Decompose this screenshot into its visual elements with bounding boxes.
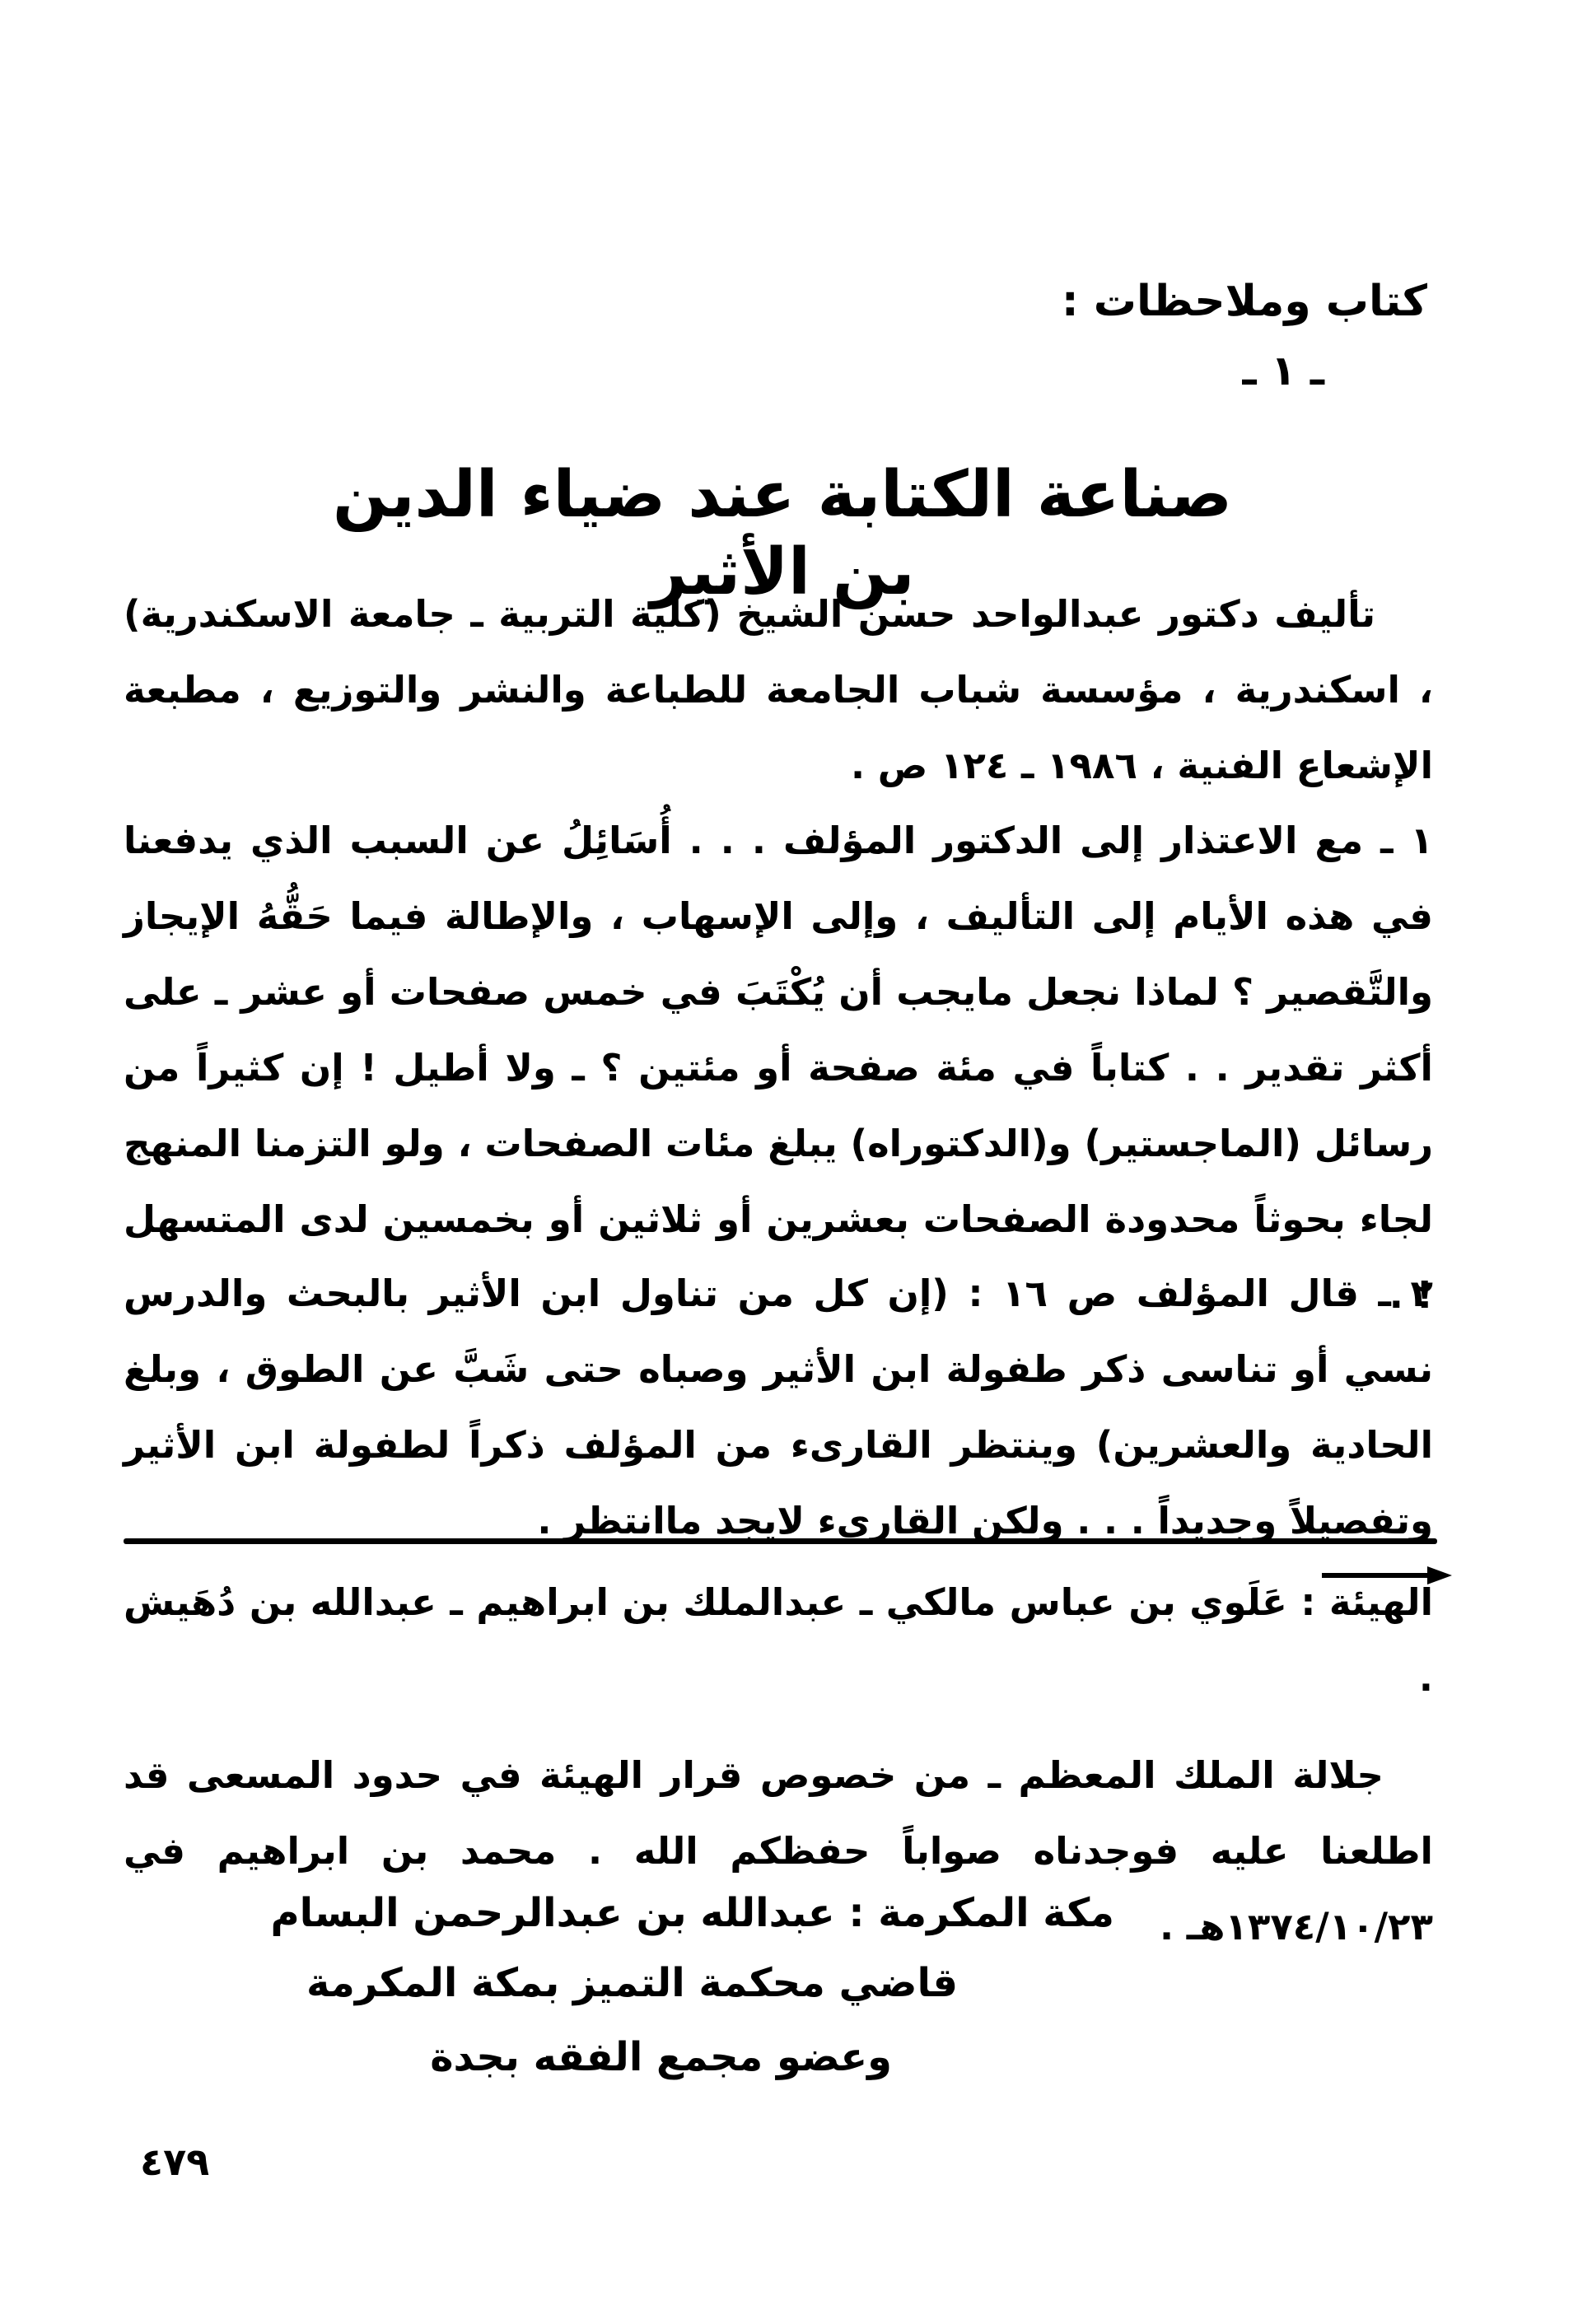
bibliography-paragraph: تأليف دكتور عبدالواحد حسن الشيخ (كلية ال… bbox=[124, 576, 1433, 804]
page-number: ٤٧٩ bbox=[140, 2140, 209, 2185]
committee-paragraph: الهيئة : عَلَوي بن عباس مالكي ـ عبدالملك… bbox=[124, 1565, 1433, 1716]
signature-line-1: مكة المكرمة : عبدالله بن عبدالرحمن البسا… bbox=[271, 1890, 1115, 1938]
section-number: ـ ١ ـ bbox=[1242, 346, 1324, 395]
signature-line-2: قاضي محكمة التميز بمكة المكرمة bbox=[306, 1960, 958, 2008]
signature-line-3: وعضو مجمع الفقه بجدة bbox=[430, 2034, 892, 2082]
separator-rule bbox=[124, 1538, 1437, 1544]
section-label: كتاب وملاحظات : bbox=[1062, 276, 1427, 327]
note-paragraph-1: ١ ـ مع الاعتذار إلى الدكتور المؤلف . . .… bbox=[124, 803, 1433, 1333]
note-paragraph-2: ٢ ـ قال المؤلف ص ١٦ : (إن كل من تناول اب… bbox=[124, 1256, 1433, 1559]
document-page: كتاب وملاحظات : ـ ١ ـ صناعة الكتابة عند … bbox=[0, 0, 1592, 2324]
